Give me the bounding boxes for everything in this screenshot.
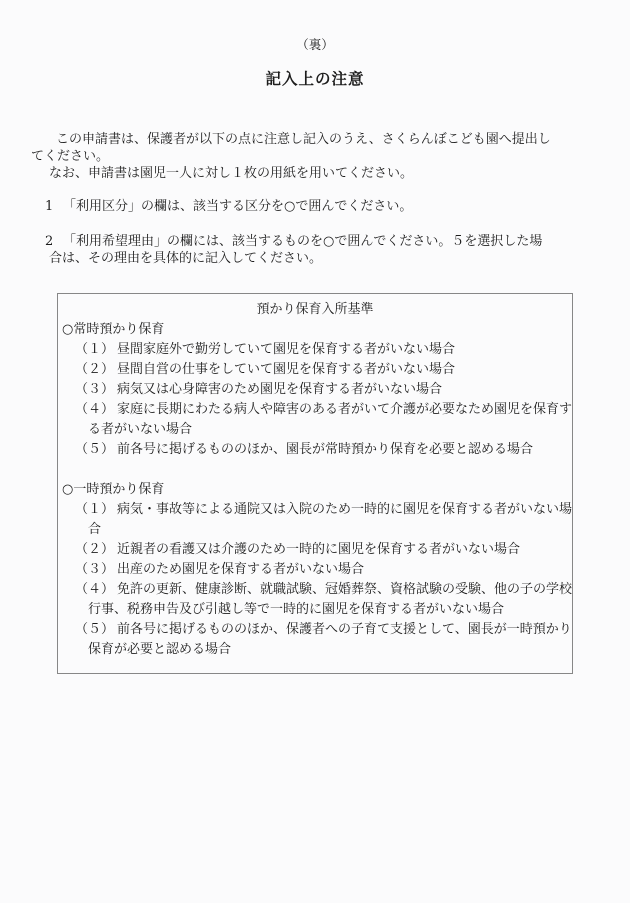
intro-line-3: なお、申請書は園児一人に対し１枚の用紙を用いてください。 — [31, 165, 610, 182]
criteria-item-text: 免許の更新、健康診断、就職試験、冠婚葬祭、資格試験の受験、他の子の学校 — [117, 582, 572, 597]
criteria-item-number: （４） — [75, 400, 117, 420]
note-item-line: 合は、その理由を具体的に記入してください。 — [0, 250, 630, 268]
criteria-section: ○一時預かり保育（１）病気・事故等による通院又は入院のため一時的に園児を保育する… — [62, 480, 568, 660]
criteria-item-line: （２）昼間自営の仕事をしていて園児を保育する者がいない場合 — [62, 360, 568, 380]
criteria-item-text: 前各号に掲げるもののほか、園長が常時預かり保育を必要と認める場合 — [117, 442, 533, 457]
criteria-item-line: る者がいない場合 — [62, 420, 568, 440]
criteria-item-line: （４）免許の更新、健康診断、就職試験、冠婚葬祭、資格試験の受験、他の子の学校 — [62, 580, 568, 600]
criteria-sections: ○常時預かり保育（１）昼間家庭外で勤労していて園児を保育する者がいない場合（２）… — [62, 320, 568, 660]
criteria-item-line: （２）近親者の看護又は介護のため一時的に園児を保育する者がいない場合 — [62, 540, 568, 560]
criteria-item-line: （３）病気又は心身障害のため園児を保育する者がいない場合 — [62, 380, 568, 400]
criteria-item: （５）前各号に掲げるもののほか、保護者への子育て支援として、園長が一時預かり保育… — [62, 620, 568, 660]
note-item-line: 2「利用希望理由」の欄には、該当するものを○で囲んでください。５を選択した場 — [0, 233, 630, 251]
criteria-item-line: 保育が必要と認める場合 — [62, 640, 568, 660]
criteria-item-text: 前各号に掲げるもののほか、保護者への子育て支援として、園長が一時預かり — [117, 622, 572, 637]
criteria-item-line: （３）出産のため園児を保育する者がいない場合 — [62, 560, 568, 580]
criteria-item: （１）昼間家庭外で勤労していて園児を保育する者がいない場合 — [62, 340, 568, 360]
criteria-item-number: （１） — [75, 500, 117, 520]
criteria-section: ○常時預かり保育（１）昼間家庭外で勤労していて園児を保育する者がいない場合（２）… — [62, 320, 568, 460]
criteria-item-line: （５）前各号に掲げるもののほか、園長が常時預かり保育を必要と認める場合 — [62, 440, 568, 460]
criteria-section-heading: ○常時預かり保育 — [62, 320, 568, 340]
criteria-item: （５）前各号に掲げるもののほか、園長が常時預かり保育を必要と認める場合 — [62, 440, 568, 460]
notes-list: 1「利用区分」の欄は、該当する区分を○で囲んでください。2「利用希望理由」の欄に… — [0, 198, 630, 268]
criteria-item-text: 家庭に長期にわたる病人や障害のある者がいて介護が必要なため園児を保育す — [117, 402, 572, 417]
page-title: 記入上の注意 — [0, 69, 630, 88]
criteria-item-number: （１） — [75, 340, 117, 360]
criteria-item-text: 出産のため園児を保育する者がいない場合 — [117, 562, 364, 577]
criteria-box-title: 預かり保育入所基準 — [62, 300, 568, 320]
criteria-item-text: 昼間自営の仕事をしていて園児を保育する者がいない場合 — [117, 362, 455, 377]
criteria-item-line: （１）昼間家庭外で勤労していて園児を保育する者がいない場合 — [62, 340, 568, 360]
criteria-item-text: 病気・事故等による通院又は入院のため一時的に園児を保育する者がいない場 — [117, 502, 572, 517]
criteria-item-line: （５）前各号に掲げるもののほか、保護者への子育て支援として、園長が一時預かり — [62, 620, 568, 640]
criteria-item-number: （３） — [75, 560, 117, 580]
criteria-item-line: 行事、税務申告及び引越し等で一時的に園児を保育する者がいない場合 — [62, 600, 568, 620]
criteria-item-line: （１）病気・事故等による通院又は入院のため一時的に園児を保育する者がいない場 — [62, 500, 568, 520]
side-label: （裏） — [0, 0, 630, 52]
criteria-item-line: （４）家庭に長期にわたる病人や障害のある者がいて介護が必要なため園児を保育す — [62, 400, 568, 420]
criteria-item-number: （５） — [75, 440, 117, 460]
note-number: 1 — [45, 198, 63, 216]
criteria-item: （３）出産のため園児を保育する者がいない場合 — [62, 560, 568, 580]
criteria-item-number: （２） — [75, 540, 117, 560]
note-number: 2 — [45, 233, 63, 251]
criteria-item-number: （２） — [75, 360, 117, 380]
criteria-item-text: 昼間家庭外で勤労していて園児を保育する者がいない場合 — [117, 342, 455, 357]
criteria-item: （１）病気・事故等による通院又は入院のため一時的に園児を保育する者がいない場合 — [62, 500, 568, 540]
criteria-item: （４）家庭に長期にわたる病人や障害のある者がいて介護が必要なため園児を保育する者… — [62, 400, 568, 440]
criteria-item: （３）病気又は心身障害のため園児を保育する者がいない場合 — [62, 380, 568, 400]
criteria-section-heading: ○一時預かり保育 — [62, 480, 568, 500]
criteria-box: 預かり保育入所基準 ○常時預かり保育（１）昼間家庭外で勤労していて園児を保育する… — [57, 293, 573, 674]
intro-line-2: てください。 — [31, 148, 610, 165]
note-item-line: 1「利用区分」の欄は、該当する区分を○で囲んでください。 — [0, 198, 630, 216]
note-item-text: 「利用希望理由」の欄には、該当するものを○で囲んでください。５を選択した場 — [63, 234, 542, 249]
criteria-item: （４）免許の更新、健康診断、就職試験、冠婚葬祭、資格試験の受験、他の子の学校行事… — [62, 580, 568, 620]
criteria-item-number: （４） — [75, 580, 117, 600]
criteria-item-number: （３） — [75, 380, 117, 400]
criteria-item-text: 近親者の看護又は介護のため一時的に園児を保育する者がいない場合 — [117, 542, 520, 557]
intro-paragraph: この申請書は、保護者が以下の点に注意し記入のうえ、さくらんぼこども園へ提出し て… — [31, 131, 610, 182]
criteria-item: （２）昼間自営の仕事をしていて園児を保育する者がいない場合 — [62, 360, 568, 380]
note-item-text: 「利用区分」の欄は、該当する区分を○で囲んでください。 — [63, 199, 412, 214]
intro-line-1: この申請書は、保護者が以下の点に注意し記入のうえ、さくらんぼこども園へ提出し — [31, 131, 610, 148]
criteria-item-number: （５） — [75, 620, 117, 640]
criteria-item: （２）近親者の看護又は介護のため一時的に園児を保育する者がいない場合 — [62, 540, 568, 560]
document-page: （裏） 記入上の注意 この申請書は、保護者が以下の点に注意し記入のうえ、さくらん… — [0, 0, 630, 903]
criteria-item-text: 病気又は心身障害のため園児を保育する者がいない場合 — [117, 382, 442, 397]
note-item: 1「利用区分」の欄は、該当する区分を○で囲んでください。 — [0, 198, 630, 216]
criteria-item-line: 合 — [62, 520, 568, 540]
note-item: 2「利用希望理由」の欄には、該当するものを○で囲んでください。５を選択した場合は… — [0, 233, 630, 268]
